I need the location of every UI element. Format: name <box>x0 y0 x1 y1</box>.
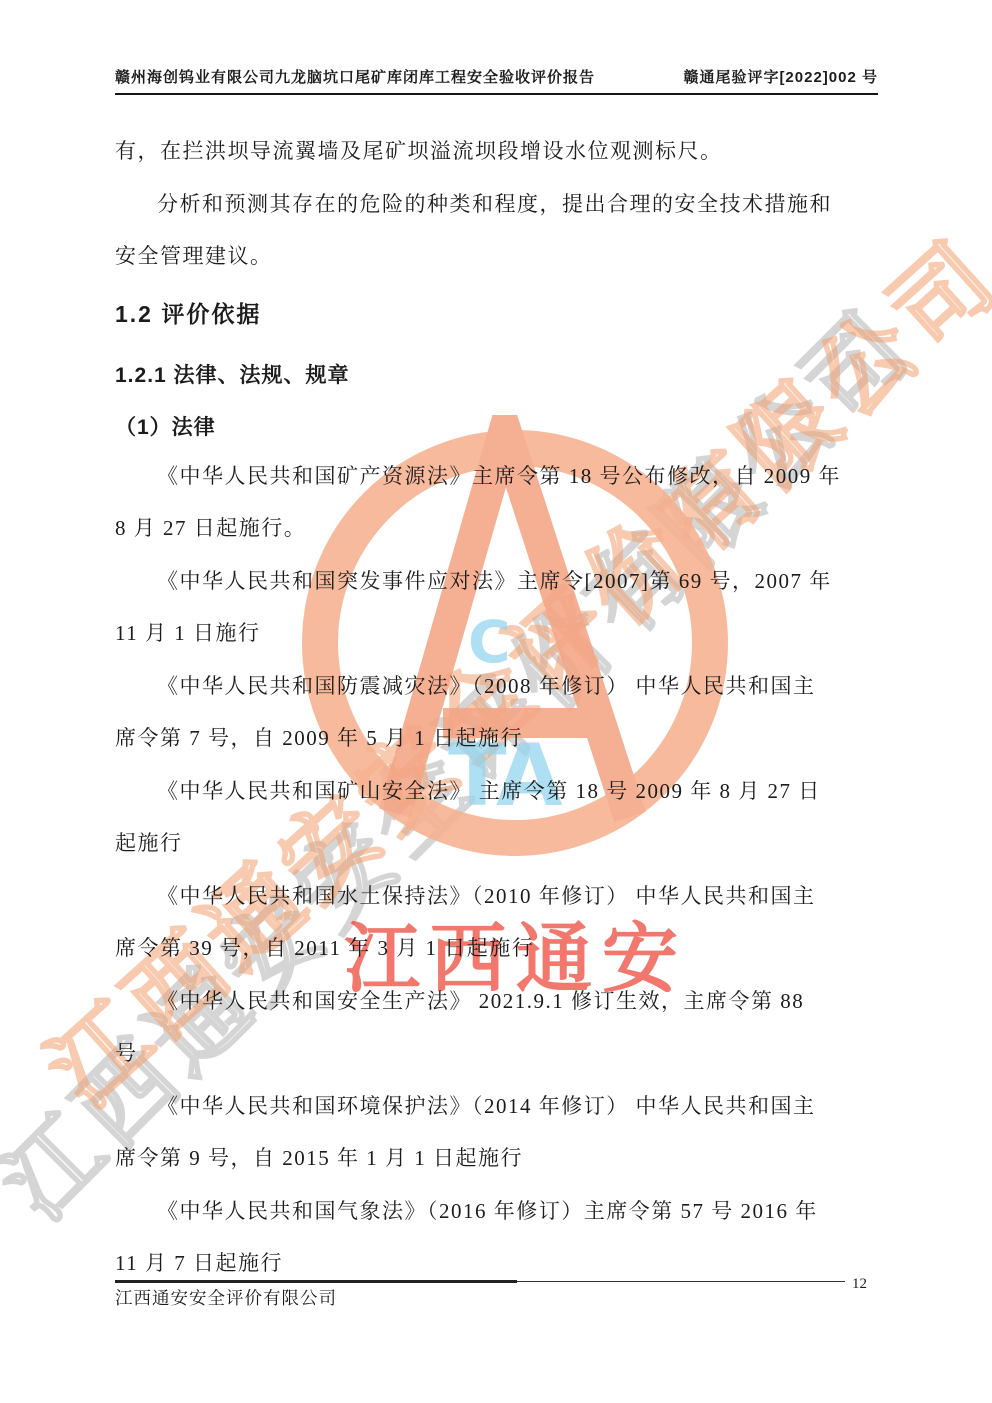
text-line: 《中华人民共和国气象法》（2016 年修订）主席令第 57 号 2016 年 <box>115 1185 885 1238</box>
text-line: 席令第 9 号，自 2015 年 1 月 1 日起施行 <box>115 1132 885 1185</box>
heading-line: 1.2 评价依据 <box>115 283 885 346</box>
footer-rule-thin <box>517 1281 845 1282</box>
text-line: 安全管理建议。 <box>115 230 885 283</box>
text-line: 《中华人民共和国矿产资源法》主席令第 18 号公布修改，自 2009 年 <box>115 450 885 503</box>
heading-line: 1.2.1 法律、法规、规章 <box>115 346 885 406</box>
text-line: 《中华人民共和国防震减灾法》（2008 年修订） 中华人民共和国主 <box>115 660 885 713</box>
document-page: 江西通安安全评价有限公司 江西通安安全评价有限公司 C TA 江西通安 赣州海创… <box>0 0 992 1403</box>
text-line: 《中华人民共和国环境保护法》（2014 年修订） 中华人民共和国主 <box>115 1080 885 1133</box>
text-line: 号 <box>115 1027 885 1080</box>
text-line: 《中华人民共和国水土保持法》（2010 年修订） 中华人民共和国主 <box>115 870 885 923</box>
text-line: 《中华人民共和国突发事件应对法》主席令[2007]第 69 号，2007 年 <box>115 555 885 608</box>
page-number: 12 <box>852 1276 867 1293</box>
document-body: 有，在拦洪坝导流翼墙及尾矿坝溢流坝段增设水位观测标尺。分析和预测其存在的危险的种… <box>115 125 885 1290</box>
header-document-number: 赣通尾验评字[2022]002 号 <box>683 66 878 87</box>
text-line: 席令第 39 号，自 2011 年 3 月 1 日起施行 <box>115 922 885 975</box>
page-header: 赣州海创钨业有限公司九龙脑坑口尾矿库闭库工程安全验收评价报告 赣通尾验评字[20… <box>115 66 878 95</box>
footer-rule-thick <box>115 1280 517 1283</box>
text-line: 分析和预测其存在的危险的种类和程度，提出合理的安全技术措施和 <box>115 178 885 231</box>
footer-company-name: 江西通安安全评价有限公司 <box>115 1285 337 1310</box>
text-line: 8 月 27 日起施行。 <box>115 502 885 555</box>
text-line: 11 月 1 日施行 <box>115 607 885 660</box>
text-line: 有，在拦洪坝导流翼墙及尾矿坝溢流坝段增设水位观测标尺。 <box>115 125 885 178</box>
heading-line: （1）法律 <box>115 406 885 450</box>
text-line: 《中华人民共和国安全生产法》 2021.9.1 修订生效，主席令第 88 <box>115 975 885 1028</box>
header-report-title: 赣州海创钨业有限公司九龙脑坑口尾矿库闭库工程安全验收评价报告 <box>115 66 595 87</box>
text-line: 起施行 <box>115 817 885 870</box>
text-line: 席令第 7 号，自 2009 年 5 月 1 日起施行 <box>115 712 885 765</box>
text-line: 《中华人民共和国矿山安全法》 主席令第 18 号 2009 年 8 月 27 日 <box>115 765 885 818</box>
